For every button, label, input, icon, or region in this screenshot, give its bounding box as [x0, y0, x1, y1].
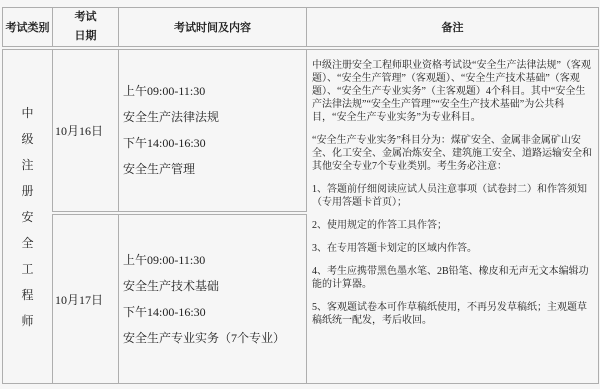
page: { "table": { "headers": { "category": "考… — [0, 0, 600, 389]
notes-cell: 中级注册安全工程师职业资格考试设“安全生产法律法规”（客观题）、“安全生产管理”… — [307, 48, 599, 384]
session-subject: 安全生产技术基础 — [123, 280, 304, 293]
header-date: 考试 日期 — [53, 8, 119, 49]
date-cell-oct17: 10月17日 — [53, 213, 119, 384]
row-oct16: 中级注册安全工程师 10月16日 上午09:00-11:30 安全生产法律法规 … — [3, 48, 599, 213]
schedule-cell-oct16: 上午09:00-11:30 安全生产法律法规 下午14:00-16:30 安全生… — [119, 48, 307, 213]
category-label: 中级注册安全工程师 — [21, 100, 34, 334]
header-row: 考试类别 考试 日期 考试时间及内容 备注 — [3, 8, 599, 49]
category-cell: 中级注册安全工程师 — [3, 48, 53, 384]
note-paragraph: 5、客观题试卷本可作草稿纸使用，不再另发草稿纸；主观题草稿纸统一配发，考后收回。 — [312, 301, 592, 327]
session-time: 上午09:00-11:30 — [123, 254, 304, 267]
session-time: 下午14:00-16:30 — [123, 306, 304, 319]
header-notes: 备注 — [307, 8, 599, 49]
session-time: 上午09:00-11:30 — [123, 85, 304, 98]
exam-schedule-table: 考试类别 考试 日期 考试时间及内容 备注 中级注册安全工程师 10月16日 上… — [2, 7, 599, 384]
note-paragraph: 4、考生应携带黑色墨水笔、2B铅笔、橡皮和无声无文本编辑功能的计算器。 — [312, 265, 592, 291]
session-subject: 安全生产专业实务（7个专业） — [123, 332, 304, 345]
session-subject: 安全生产管理 — [123, 163, 304, 176]
note-paragraph: 2、使用规定的作答工具作答； — [312, 219, 592, 232]
schedule-cell-oct17: 上午09:00-11:30 安全生产技术基础 下午14:00-16:30 安全生… — [119, 213, 307, 384]
session-subject: 安全生产法律法规 — [123, 111, 304, 124]
header-category: 考试类别 — [3, 8, 53, 49]
session-time: 下午14:00-16:30 — [123, 137, 304, 150]
date-cell-oct16: 10月16日 — [53, 48, 119, 213]
note-paragraph: “安全生产专业实务”科目分为：煤矿安全、金属非金属矿山安全、化工安全、金属冶炼安… — [312, 134, 592, 173]
note-paragraph: 1、答题前仔细阅读应试人员注意事项（试卷封二）和作答须知（专用答题卡首页）； — [312, 183, 592, 209]
note-paragraph: 中级注册安全工程师职业资格考试设“安全生产法律法规”（客观题）、“安全生产管理”… — [312, 59, 592, 124]
header-time-content: 考试时间及内容 — [119, 8, 307, 49]
note-paragraph: 3、在专用答题卡划定的区域内作答。 — [312, 242, 592, 255]
